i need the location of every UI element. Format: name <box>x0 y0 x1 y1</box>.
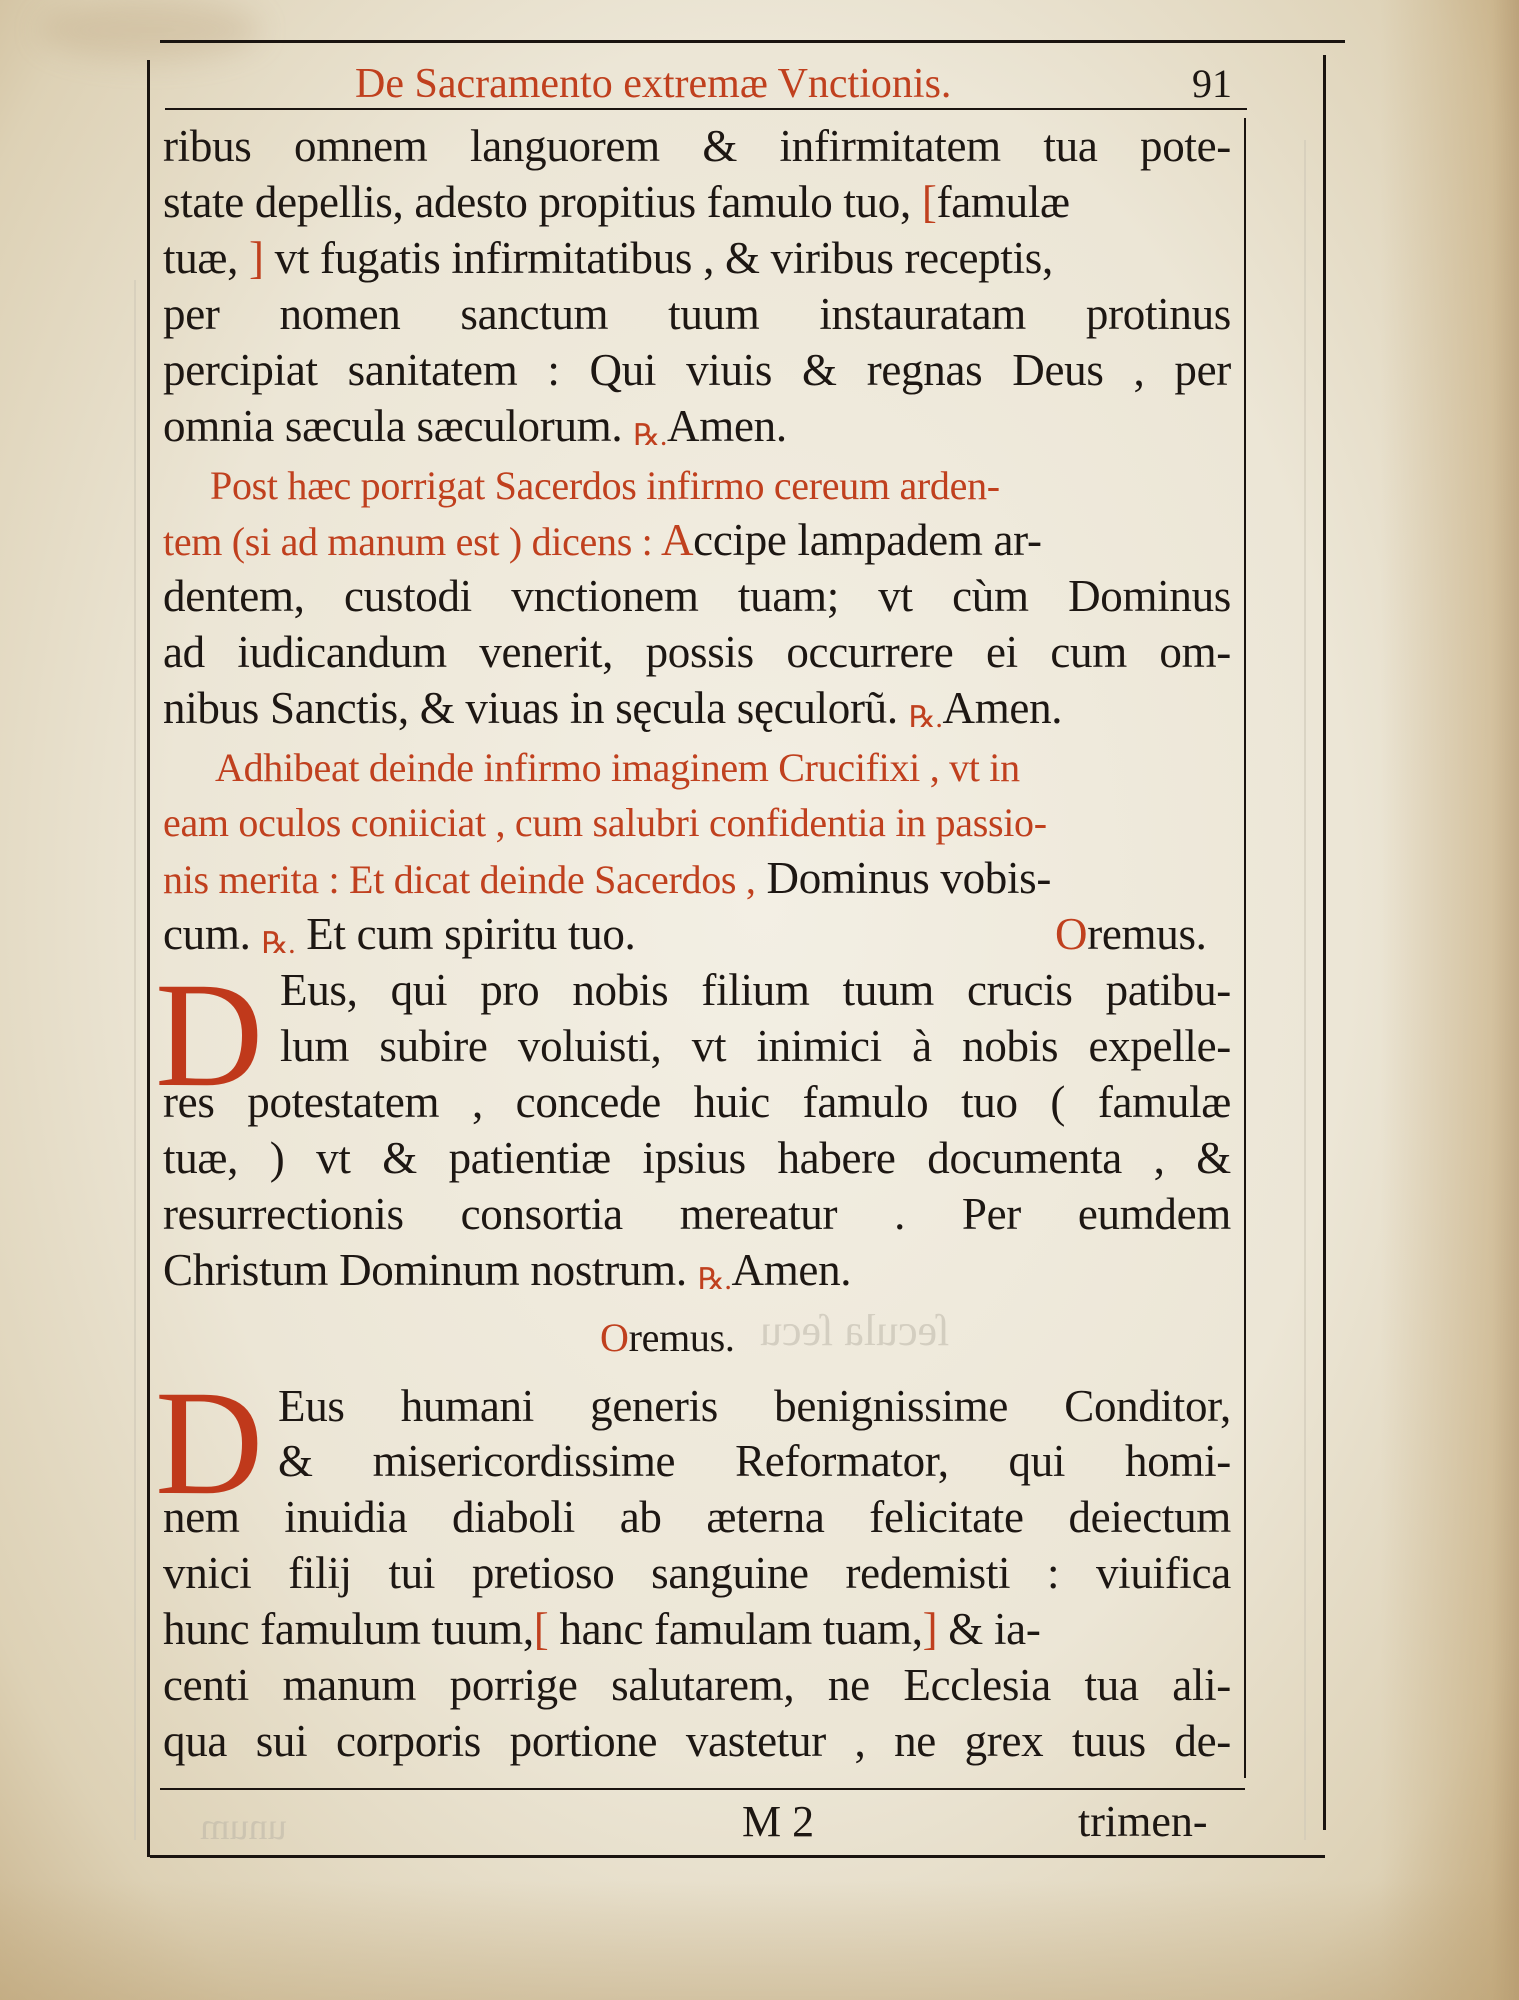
paper-stain <box>1380 0 1519 2000</box>
footer-rule <box>160 1788 1245 1790</box>
initial-letter: O <box>600 1315 629 1360</box>
text-line: per nomen sanctum tuum instauratam proti… <box>163 286 1231 342</box>
text-line: tuæ, ] vt fugatis infirmitatibus , & vir… <box>163 230 1231 286</box>
text-line: tem (si ad manum est ) dicens : Accipe l… <box>163 512 1231 568</box>
paper-stain <box>40 0 260 60</box>
text-line: hunc famulum tuum,[ hanc famulam tuam,] … <box>163 1601 1231 1657</box>
signature-mark: M 2 <box>742 1796 814 1848</box>
text-line: ribus omnem languorem & infirmitatem tua… <box>163 118 1231 174</box>
text-line: Eus humani generis benignissime Conditor… <box>278 1378 1231 1434</box>
bracket-close: ] <box>923 1604 938 1654</box>
frame-left-rule <box>147 60 150 1857</box>
running-title: De Sacramento extremæ Vnctionis. <box>355 58 951 110</box>
text-line: nibus Sanctis, & viuas in sęcula sęculor… <box>163 680 1231 736</box>
rubric-line: eam oculos coniiciat , cum salubri confi… <box>163 795 1231 851</box>
initial-letter: O <box>1055 909 1087 959</box>
bracket-close: ] <box>249 233 264 283</box>
text-line: omnia sæcula sæculorum. ℞.Amen. <box>163 398 1231 454</box>
show-through-rule <box>134 280 136 1840</box>
text-line: nem inuidia diaboli ab æterna felicitate… <box>163 1489 1231 1545</box>
text-line: dentem, custodi vnctionem tuam; vt cùm D… <box>163 568 1231 624</box>
text-line: tuæ, ) vt & patientiæ ipsius habere docu… <box>163 1130 1231 1186</box>
rubric-line: Adhibeat deinde infirmo imaginem Crucifi… <box>215 740 1230 796</box>
initial-letter: A <box>661 515 693 565</box>
text-line: & misericordissime Reformator, qui homi- <box>278 1433 1231 1489</box>
text-line: Christum Dominum nostrum. ℞.Amen. <box>163 1242 1231 1298</box>
rubric-text: tem (si ad manum est ) dicens : <box>163 519 652 564</box>
rubric-line: Post hæc porrigat Sacerdos infirmo cereu… <box>210 458 1230 514</box>
response-symbol: ℞. <box>909 701 943 734</box>
text-column-right-rule <box>1244 118 1246 1778</box>
page-number: 91 <box>1192 58 1232 110</box>
response-symbol: ℞. <box>633 419 667 452</box>
catchword: trimen- <box>1078 1796 1208 1848</box>
response-symbol: ℞. <box>698 1263 732 1296</box>
show-through-rule <box>1304 140 1306 1840</box>
drop-cap: D <box>155 1388 263 1498</box>
bracket-open: [ <box>922 177 937 227</box>
text-line: vnici filij tui pretioso sanguine redemi… <box>163 1545 1231 1601</box>
text-line: ad iudicandum venerit, possis occurrere … <box>163 624 1231 680</box>
rubric-text: nis merita : Et dicat deinde Sacerdos , <box>163 857 756 902</box>
text-line: qua sui corporis portione vastetur , ne … <box>163 1713 1231 1769</box>
response-symbol: ℞. <box>261 927 295 960</box>
show-through-text: unum <box>200 1805 287 1849</box>
frame-right-rule <box>1323 55 1326 1830</box>
oremus-heading: Oremus. <box>1055 906 1235 962</box>
text-line: centi manum porrige salutarem, ne Eccles… <box>163 1657 1231 1713</box>
text-line: nis merita : Et dicat deinde Sacerdos , … <box>163 850 1231 906</box>
frame-top-rule <box>160 40 1345 43</box>
paper-stain <box>0 1880 1519 2000</box>
text-line: Eus, qui pro nobis filium tuum crucis pa… <box>280 962 1231 1018</box>
text-line: state depellis, adesto propitius famulo … <box>163 174 1231 230</box>
oremus-heading: Oremus. <box>600 1310 850 1366</box>
frame-bottom-rule <box>150 1855 1325 1858</box>
text-line: res potestatem , concede huic famulo tuo… <box>163 1074 1231 1130</box>
text-line: lum subire voluisti, vt inimici à nobis … <box>280 1018 1231 1074</box>
text-line: resurrectionis consortia mereatur . Per … <box>163 1186 1231 1242</box>
bracket-open: [ <box>534 1604 549 1654</box>
text-line: percipiat sanitatem : Qui viuis & regnas… <box>163 342 1231 398</box>
